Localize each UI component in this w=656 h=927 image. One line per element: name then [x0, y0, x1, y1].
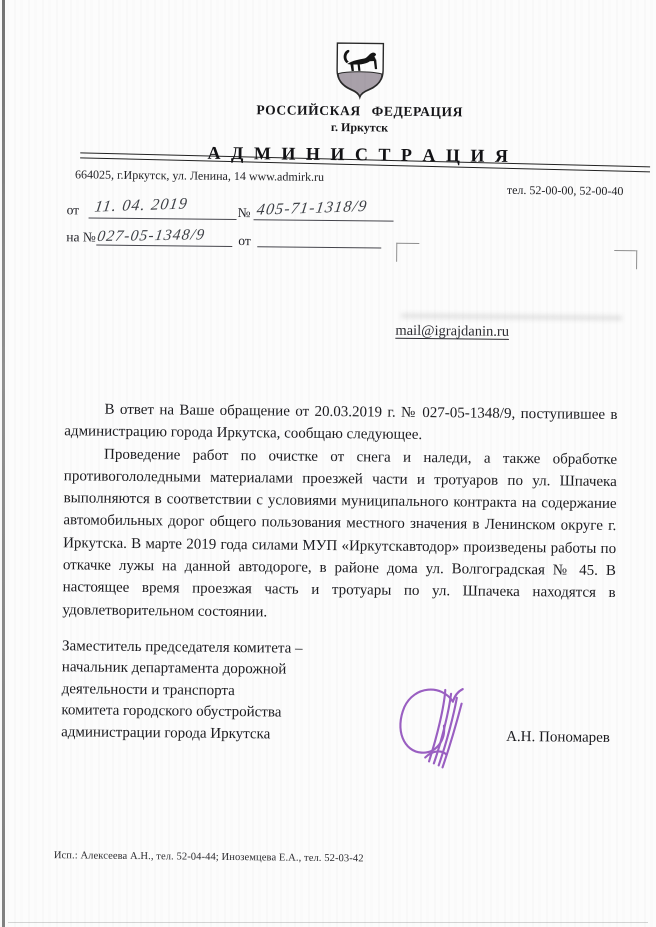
irkutsk-coat-of-arms-icon	[332, 40, 389, 101]
reply-ref-label: на №	[66, 229, 96, 245]
recipient-email: mail@igrajdanin.ru	[395, 323, 509, 341]
recipient-corner-mark-right	[614, 250, 637, 269]
ref-number-handwritten: 405-71-1318/9	[255, 198, 368, 220]
signatory-position: Заместитель председателя комитета – нача…	[61, 636, 303, 746]
signatory-name: А.Н. Пономарев	[506, 729, 610, 747]
handwritten-signature-icon	[390, 680, 479, 773]
reply-from-label: от	[238, 233, 251, 249]
letter-body: В ответ на Ваше обращение от 20.03.2019 …	[62, 398, 617, 627]
address-line: 664025, г.Иркутск, ул. Ленина, 14 www.ad…	[75, 167, 324, 185]
recipient-corner-mark-left	[396, 243, 419, 262]
body-paragraph-2: Проведение работ по очистке от снега и н…	[62, 443, 617, 627]
scanned-letter-page: РОССИЙСКАЯ ФЕДЕРАЦИЯ г. Иркутск А Д М И …	[0, 0, 656, 927]
letterhead: РОССИЙСКАЯ ФЕДЕРАЦИЯ г. Иркутск А Д М И …	[63, 37, 656, 168]
administration-title: А Д М И Н И С Т Р А Ц И Я	[63, 141, 655, 168]
signatory-position-line: комитета городского обустройства	[61, 700, 302, 724]
ref-number-label: №	[238, 205, 251, 221]
signatory-position-line: администрации города Иркутска	[61, 722, 302, 746]
redaction-smudge	[401, 313, 623, 321]
body-paragraph-1: В ответ на Ваше обращение от 20.03.2019 …	[64, 398, 617, 448]
ref-from-label: от	[67, 202, 80, 218]
sheet-content: РОССИЙСКАЯ ФЕДЕРАЦИЯ г. Иркутск А Д М И …	[0, 0, 656, 927]
ref-date-handwritten: 11. 04. 2019	[93, 195, 189, 216]
ref-date-underline	[89, 217, 237, 220]
executors-line: Исп.: Алексеева А.Н., тел. 52-04-44; Ино…	[54, 850, 364, 864]
phone-line: тел. 52-00-00, 52-00-40	[507, 183, 624, 199]
reply-number-handwritten: 027-05-1348/9	[96, 226, 206, 246]
signatory-position-line: Заместитель председателя комитета –	[62, 636, 303, 660]
reply-date-underline	[257, 246, 381, 248]
signatory-position-line: деятельности и транспорта	[61, 679, 302, 703]
ref-number-underline	[254, 219, 394, 221]
signatory-position-line: начальник департамента дорожной	[62, 658, 303, 682]
